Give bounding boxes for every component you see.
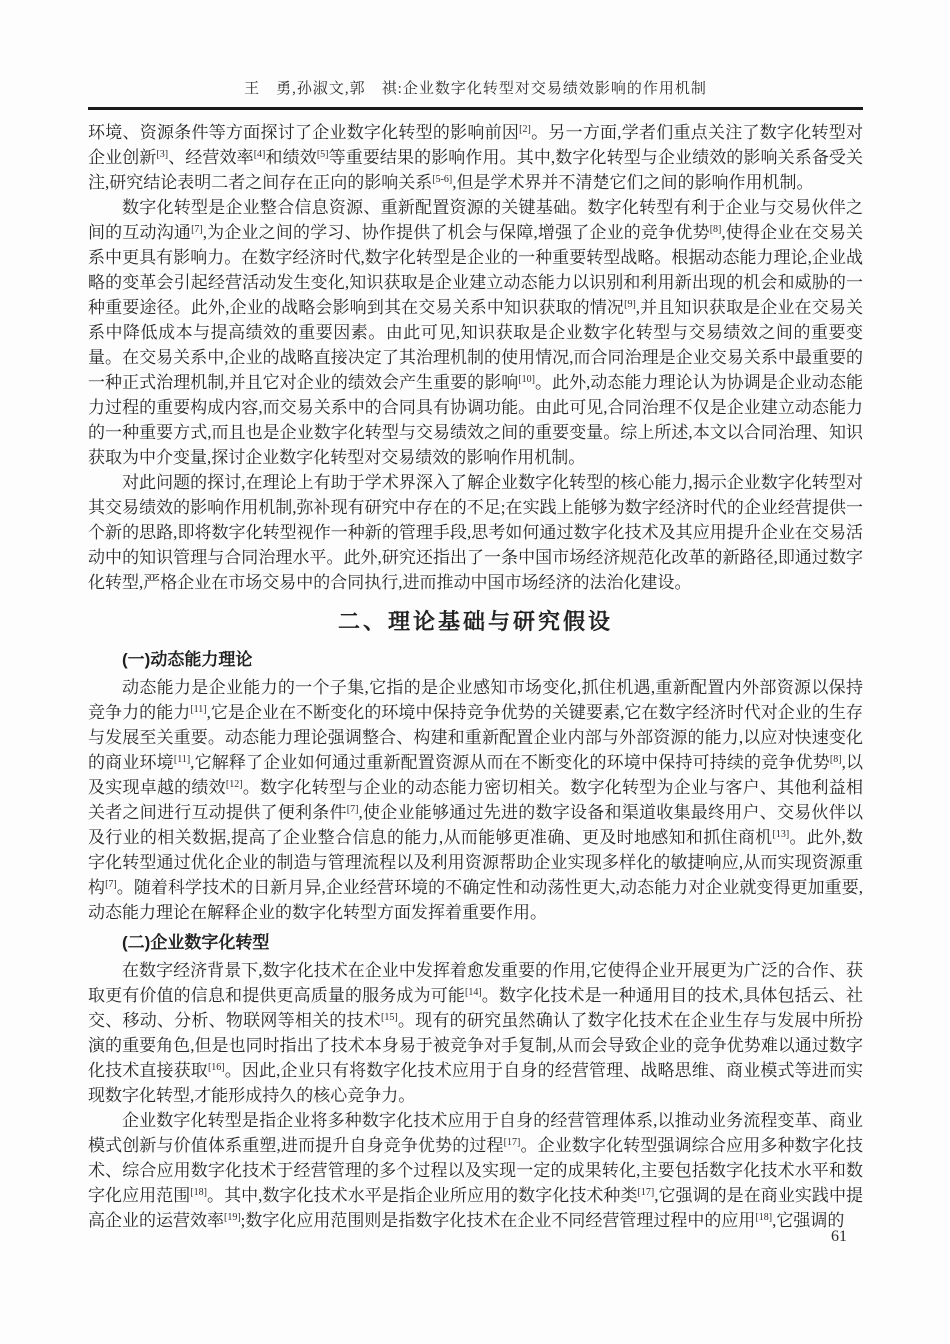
citation-ref: [12] — [226, 779, 243, 790]
citation-ref: [11] — [174, 754, 190, 765]
citation-ref: [4] — [254, 149, 266, 160]
subsection-paragraph: 在数字经济背景下,数字化技术在企业中发挥着愈发重要的作用,它使得企业开展更为广泛… — [88, 958, 863, 1108]
citation-ref: [9] — [624, 299, 636, 310]
intro-paragraph: 数字化转型是企业整合信息资源、重新配置资源的关键基础。数字化转型有利于企业与交易… — [88, 195, 863, 470]
citation-ref: [18] — [755, 1212, 772, 1223]
citation-ref: [17] — [504, 1137, 521, 1148]
citation-ref: [5-6] — [432, 174, 452, 185]
section-heading: 二、理论基础与研究假设 — [88, 607, 863, 637]
citation-ref: [7] — [191, 224, 203, 235]
intro-paragraph: 对此问题的探讨,在理论上有助于学术界深入了解企业数字化转型的核心能力,揭示企业数… — [88, 470, 863, 595]
citation-ref: [3] — [156, 149, 168, 160]
citation-ref: [18] — [190, 1187, 207, 1198]
page-number: 61 — [88, 1228, 863, 1246]
citation-ref: [2] — [519, 124, 531, 135]
citation-ref: [7] — [347, 804, 359, 815]
citation-ref: [10] — [518, 374, 535, 385]
citation-ref: [8] — [710, 224, 722, 235]
citation-ref: [15] — [381, 1012, 398, 1023]
header-rule — [88, 107, 863, 110]
article-body: 环境、资源条件等方面探讨了企业数字化转型的影响前因[2]。另一方面,学者们重点关… — [88, 120, 863, 1233]
citation-ref: [19] — [224, 1212, 241, 1223]
subsection-heading-digital-transformation: (二)企业数字化转型 — [88, 930, 863, 955]
running-header-title: 王 勇,孙淑文,郭 祺:企业数字化转型对交易绩效影响的作用机制 — [88, 77, 863, 98]
citation-ref: [5] — [317, 149, 329, 160]
page-content: 王 勇,孙淑文,郭 祺:企业数字化转型对交易绩效影响的作用机制 环境、资源条件等… — [88, 0, 863, 1233]
subsection-paragraph: 企业数字化转型是指企业将多种数字化技术应用于自身的经营管理体系,以推动业务流程变… — [88, 1108, 863, 1233]
journal-page: 王 勇,孙淑文,郭 祺:企业数字化转型对交易绩效影响的作用机制 环境、资源条件等… — [0, 0, 950, 1344]
citation-ref: [17] — [638, 1187, 655, 1198]
citation-ref: [7] — [105, 879, 117, 890]
subsection-paragraph: 动态能力是企业能力的一个子集,它指的是企业感知市场变化,抓住机遇,重新配置内外部… — [88, 675, 863, 925]
citation-ref: [8] — [830, 754, 842, 765]
citation-ref: [14] — [465, 987, 482, 998]
citation-ref: [13] — [773, 829, 790, 840]
subsection-heading-dynamic-capability: (一)动态能力理论 — [88, 647, 863, 672]
citation-ref: [16] — [208, 1062, 225, 1073]
citation-ref: [11] — [190, 704, 206, 715]
intro-paragraph-continuation: 环境、资源条件等方面探讨了企业数字化转型的影响前因[2]。另一方面,学者们重点关… — [88, 120, 863, 195]
